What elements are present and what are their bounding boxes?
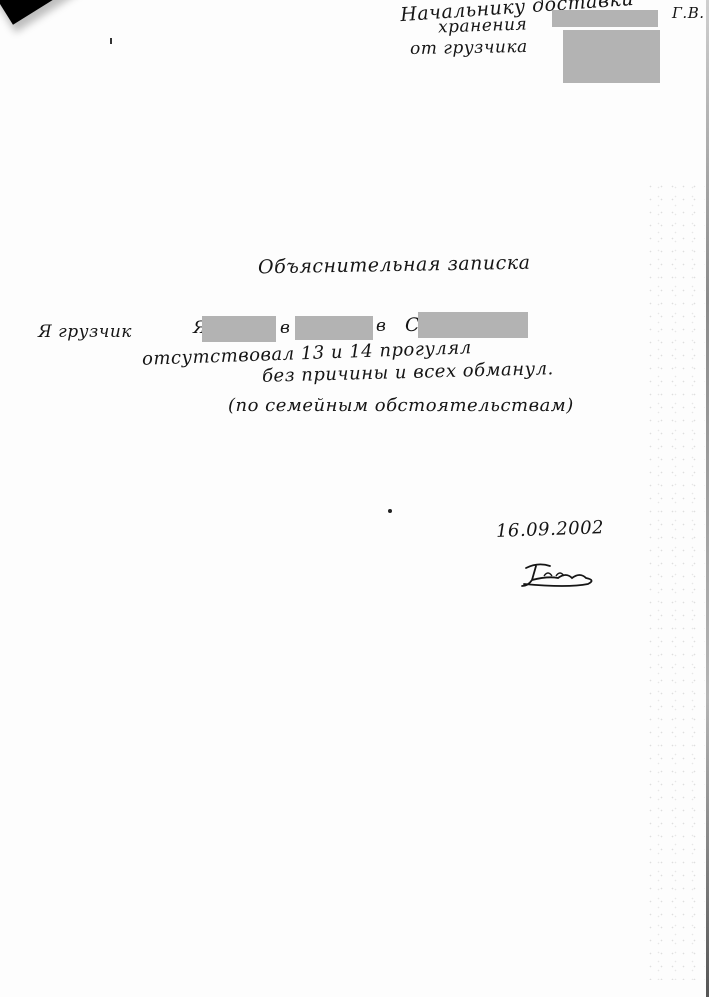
- redacted-addressee-name: [552, 10, 658, 27]
- document-title: Объяснительная записка: [258, 252, 531, 279]
- body-line1-prep1: в: [280, 318, 290, 338]
- ink-speck: [110, 38, 112, 44]
- body-line1-prep2: в: [376, 316, 386, 336]
- header-initials: Г.В.: [672, 4, 705, 22]
- body-line1-start: Я грузчик: [38, 322, 132, 342]
- redacted-name-3: [418, 312, 528, 338]
- body-line4: (по семейным обстоятельствам): [228, 395, 574, 416]
- scanned-document-page: Начальнику доставки хранения Г.В. от гру…: [0, 0, 709, 997]
- redacted-name-1: [202, 316, 276, 342]
- scan-corner-shadow: [0, 0, 132, 25]
- redacted-name-2: [295, 316, 373, 340]
- header-from-line: от грузчика: [410, 37, 528, 59]
- signature-mark: [518, 560, 600, 590]
- redacted-sender-name: [563, 30, 660, 83]
- scan-noise: [645, 180, 705, 980]
- document-date: 16.09.2002: [496, 517, 605, 542]
- header-addressee-line2: хранения: [438, 14, 528, 37]
- ink-speck: [388, 509, 392, 513]
